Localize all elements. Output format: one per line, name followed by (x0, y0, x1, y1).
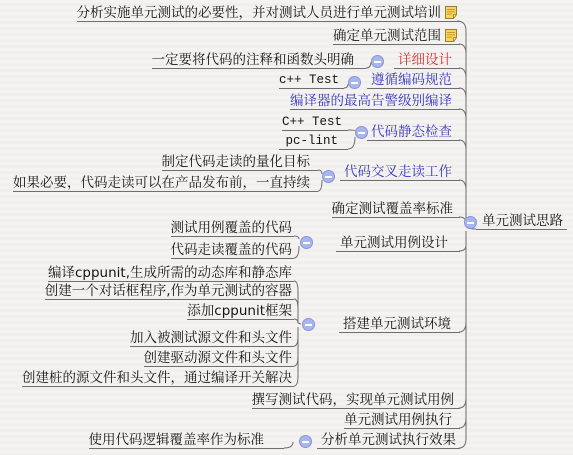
node-analyze-necessity[interactable]: 分析实施单元测试的必要性，并对测试人员进行单元测试培训 (77, 5, 461, 22)
note-icon (445, 29, 457, 42)
edge (294, 236, 299, 239)
node-compiler-warning[interactable]: 编译器的最高告警级别编译 (290, 93, 460, 110)
fold-icon-cross-review[interactable] (322, 170, 335, 183)
edge (348, 130, 355, 131)
fold-icon-detailed-design[interactable] (371, 55, 384, 68)
node-cross-review[interactable]: 代码交叉走读工作 (340, 164, 460, 181)
node-create-stub-files[interactable]: 创建桩的源文件和头文件，通过编译开关解决 (22, 370, 294, 387)
node-pc-lint[interactable]: pc-lint (279, 133, 348, 150)
node-add-cppunit[interactable]: 添加cppunit框架 (187, 303, 294, 320)
node-compile-cppunit[interactable]: 编译cppunit,生成所需的动态库和静态库 (48, 265, 294, 282)
edge (459, 109, 466, 227)
fold-icon-build-env[interactable] (302, 318, 315, 331)
node-build-env[interactable]: 搭建单元测试环境 (339, 316, 460, 333)
node-review-continue[interactable]: 如果必要，代码走读可以在产品发布前，一直持续 (13, 175, 318, 192)
edge (294, 327, 298, 386)
node-define-scope[interactable]: 确定单元测试范围 (333, 28, 460, 45)
fold-icon-root[interactable] (464, 216, 477, 229)
edge (459, 231, 466, 408)
fold-icon-case-design[interactable] (300, 236, 313, 249)
node-create-dialog[interactable]: 创建一个对话框程序,作为单元测试的容器 (45, 283, 294, 300)
edge (294, 327, 298, 346)
node-cpp-test-lower[interactable]: c++ Test (279, 72, 344, 89)
edge (318, 180, 322, 191)
node-case-cover-code[interactable]: 测试用例覆盖的代码 (171, 220, 295, 237)
node-create-driver-files[interactable]: 创建驱动源文件和头文件 (144, 350, 295, 367)
root-node[interactable]: 单元测试思路 (476, 213, 567, 230)
edge (459, 231, 466, 332)
node-case-execute[interactable]: 单元测试用例执行 (344, 412, 460, 429)
note-icon (445, 6, 457, 19)
edge (459, 231, 466, 251)
node-write-test-code[interactable]: 撰写测试代码，实现单元测试用例 (252, 392, 461, 409)
node-clarify-comments[interactable]: 一定要将代码的注释和函数头明确 (152, 52, 367, 69)
node-follow-coding-standard[interactable]: 遵循编码规范 (367, 72, 460, 89)
node-cpp-test-upper[interactable]: C++ Test (282, 114, 348, 131)
node-analyze-exec-result[interactable]: 分析单元测试执行效果 (317, 432, 460, 449)
node-add-tested-files[interactable]: 加入被测试源文件和头文件 (130, 330, 294, 347)
node-review-quant-goal[interactable]: 制定代码走读的量化目标 (162, 154, 319, 171)
node-coverage-standard[interactable]: 确定测试覆盖率标准 (332, 201, 461, 218)
edge (284, 442, 293, 448)
edge (294, 327, 298, 366)
node-review-cover-code[interactable]: 代码走读覆盖的代码 (171, 242, 295, 259)
edge (294, 246, 299, 258)
fold-icon-follow-coding-standard[interactable] (348, 76, 361, 89)
fold-icon-analyze-exec-result[interactable] (299, 435, 312, 448)
node-case-design[interactable]: 单元测试用例设计 (336, 235, 460, 252)
mind-map-canvas: 分析实施单元测试的必要性，并对测试人员进行单元测试培训 确定单元测试范围 详细设… (0, 0, 573, 455)
node-detailed-design[interactable]: 详细设计 (394, 52, 460, 69)
edge (348, 137, 355, 149)
node-logic-coverage-standard[interactable]: 使用代码逻辑覆盖率作为标准 (89, 432, 285, 449)
node-static-check[interactable]: 代码静态检查 (367, 124, 460, 141)
fold-icon-static-check[interactable] (355, 126, 368, 139)
edge (459, 231, 466, 428)
edge (459, 231, 466, 448)
